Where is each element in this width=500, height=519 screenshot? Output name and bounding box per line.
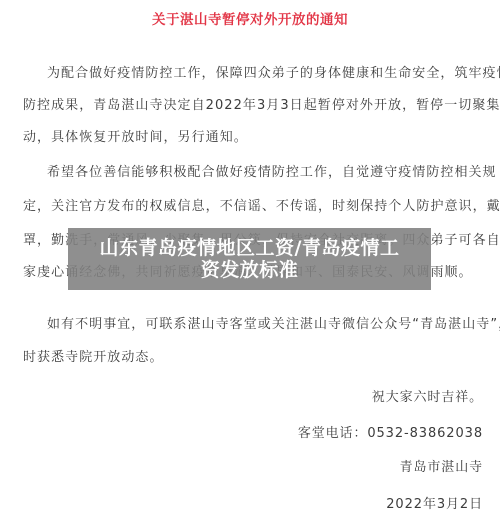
paragraph-2-line-2: 定，关注官方发布的权威信息，不信谣、不传谣，时刻保持个人防护意识，戴口	[23, 199, 481, 215]
paragraph-1-line-1: 为配合做好疫情防控工作，保障四众弟子的身体健康和生命安全，筑牢疫情	[47, 66, 481, 82]
paragraph-3-line-2: 时获悉寺院开放动态。	[23, 350, 481, 366]
banner-line-2: 资发放标准	[201, 259, 299, 281]
signature: 青岛市湛山寺	[400, 460, 483, 476]
paragraph-1-line-2: 防控成果，青岛湛山寺决定自2022年3月3日起暂停对外开放，暂停一切聚集性活	[23, 98, 481, 114]
overlay-headline-banner[interactable]: 山东青岛疫情地区工资/青岛疫情工 资发放标准	[68, 228, 431, 290]
closing-blessing: 祝大家六时吉祥。	[372, 390, 483, 406]
paragraph-1-line-3: 动，具体恢复开放时间，另行通知。	[23, 130, 481, 146]
notice-date: 2022年3月2日	[386, 497, 483, 513]
paragraph-2-line-1: 希望各位善信能够积极配合做好疫情防控工作，自觉遵守疫情防控相关规	[47, 165, 481, 181]
banner-line-1: 山东青岛疫情地区工资/青岛疫情工	[100, 237, 400, 259]
contact-phone: 客堂电话：0532-83862038	[298, 426, 483, 442]
notice-title: 关于湛山寺暂停对外开放的通知	[0, 8, 500, 28]
paragraph-3-line-1: 如有不明事宜，可联系湛山寺客堂或关注湛山寺微信公众号“青岛湛山寺”，及	[47, 317, 481, 333]
